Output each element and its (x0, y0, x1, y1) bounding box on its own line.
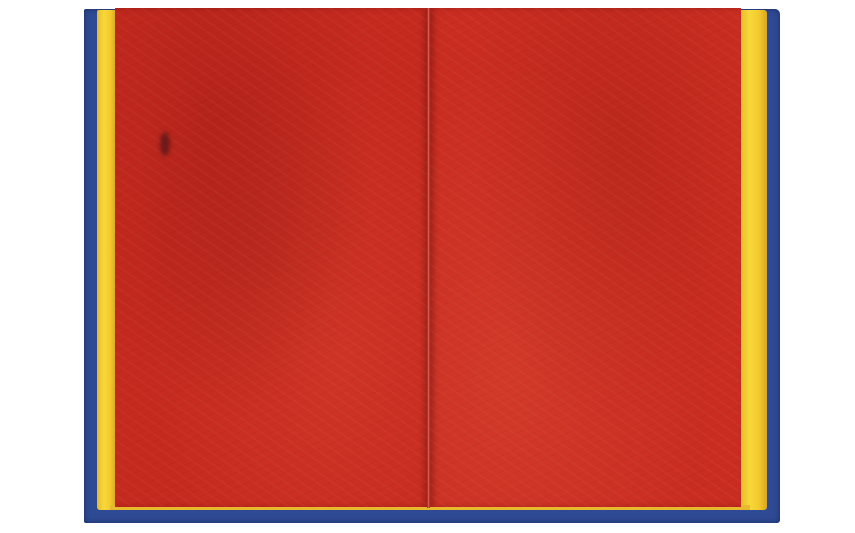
right-page (430, 8, 741, 507)
book-spine (427, 8, 430, 508)
paint-texture (115, 8, 428, 507)
open-book-painting (0, 0, 855, 533)
right-page-edges (740, 10, 767, 510)
left-page-edges (97, 10, 116, 510)
paint-texture (430, 8, 741, 507)
left-page (115, 8, 428, 507)
dark-paint-smudge (160, 132, 170, 156)
